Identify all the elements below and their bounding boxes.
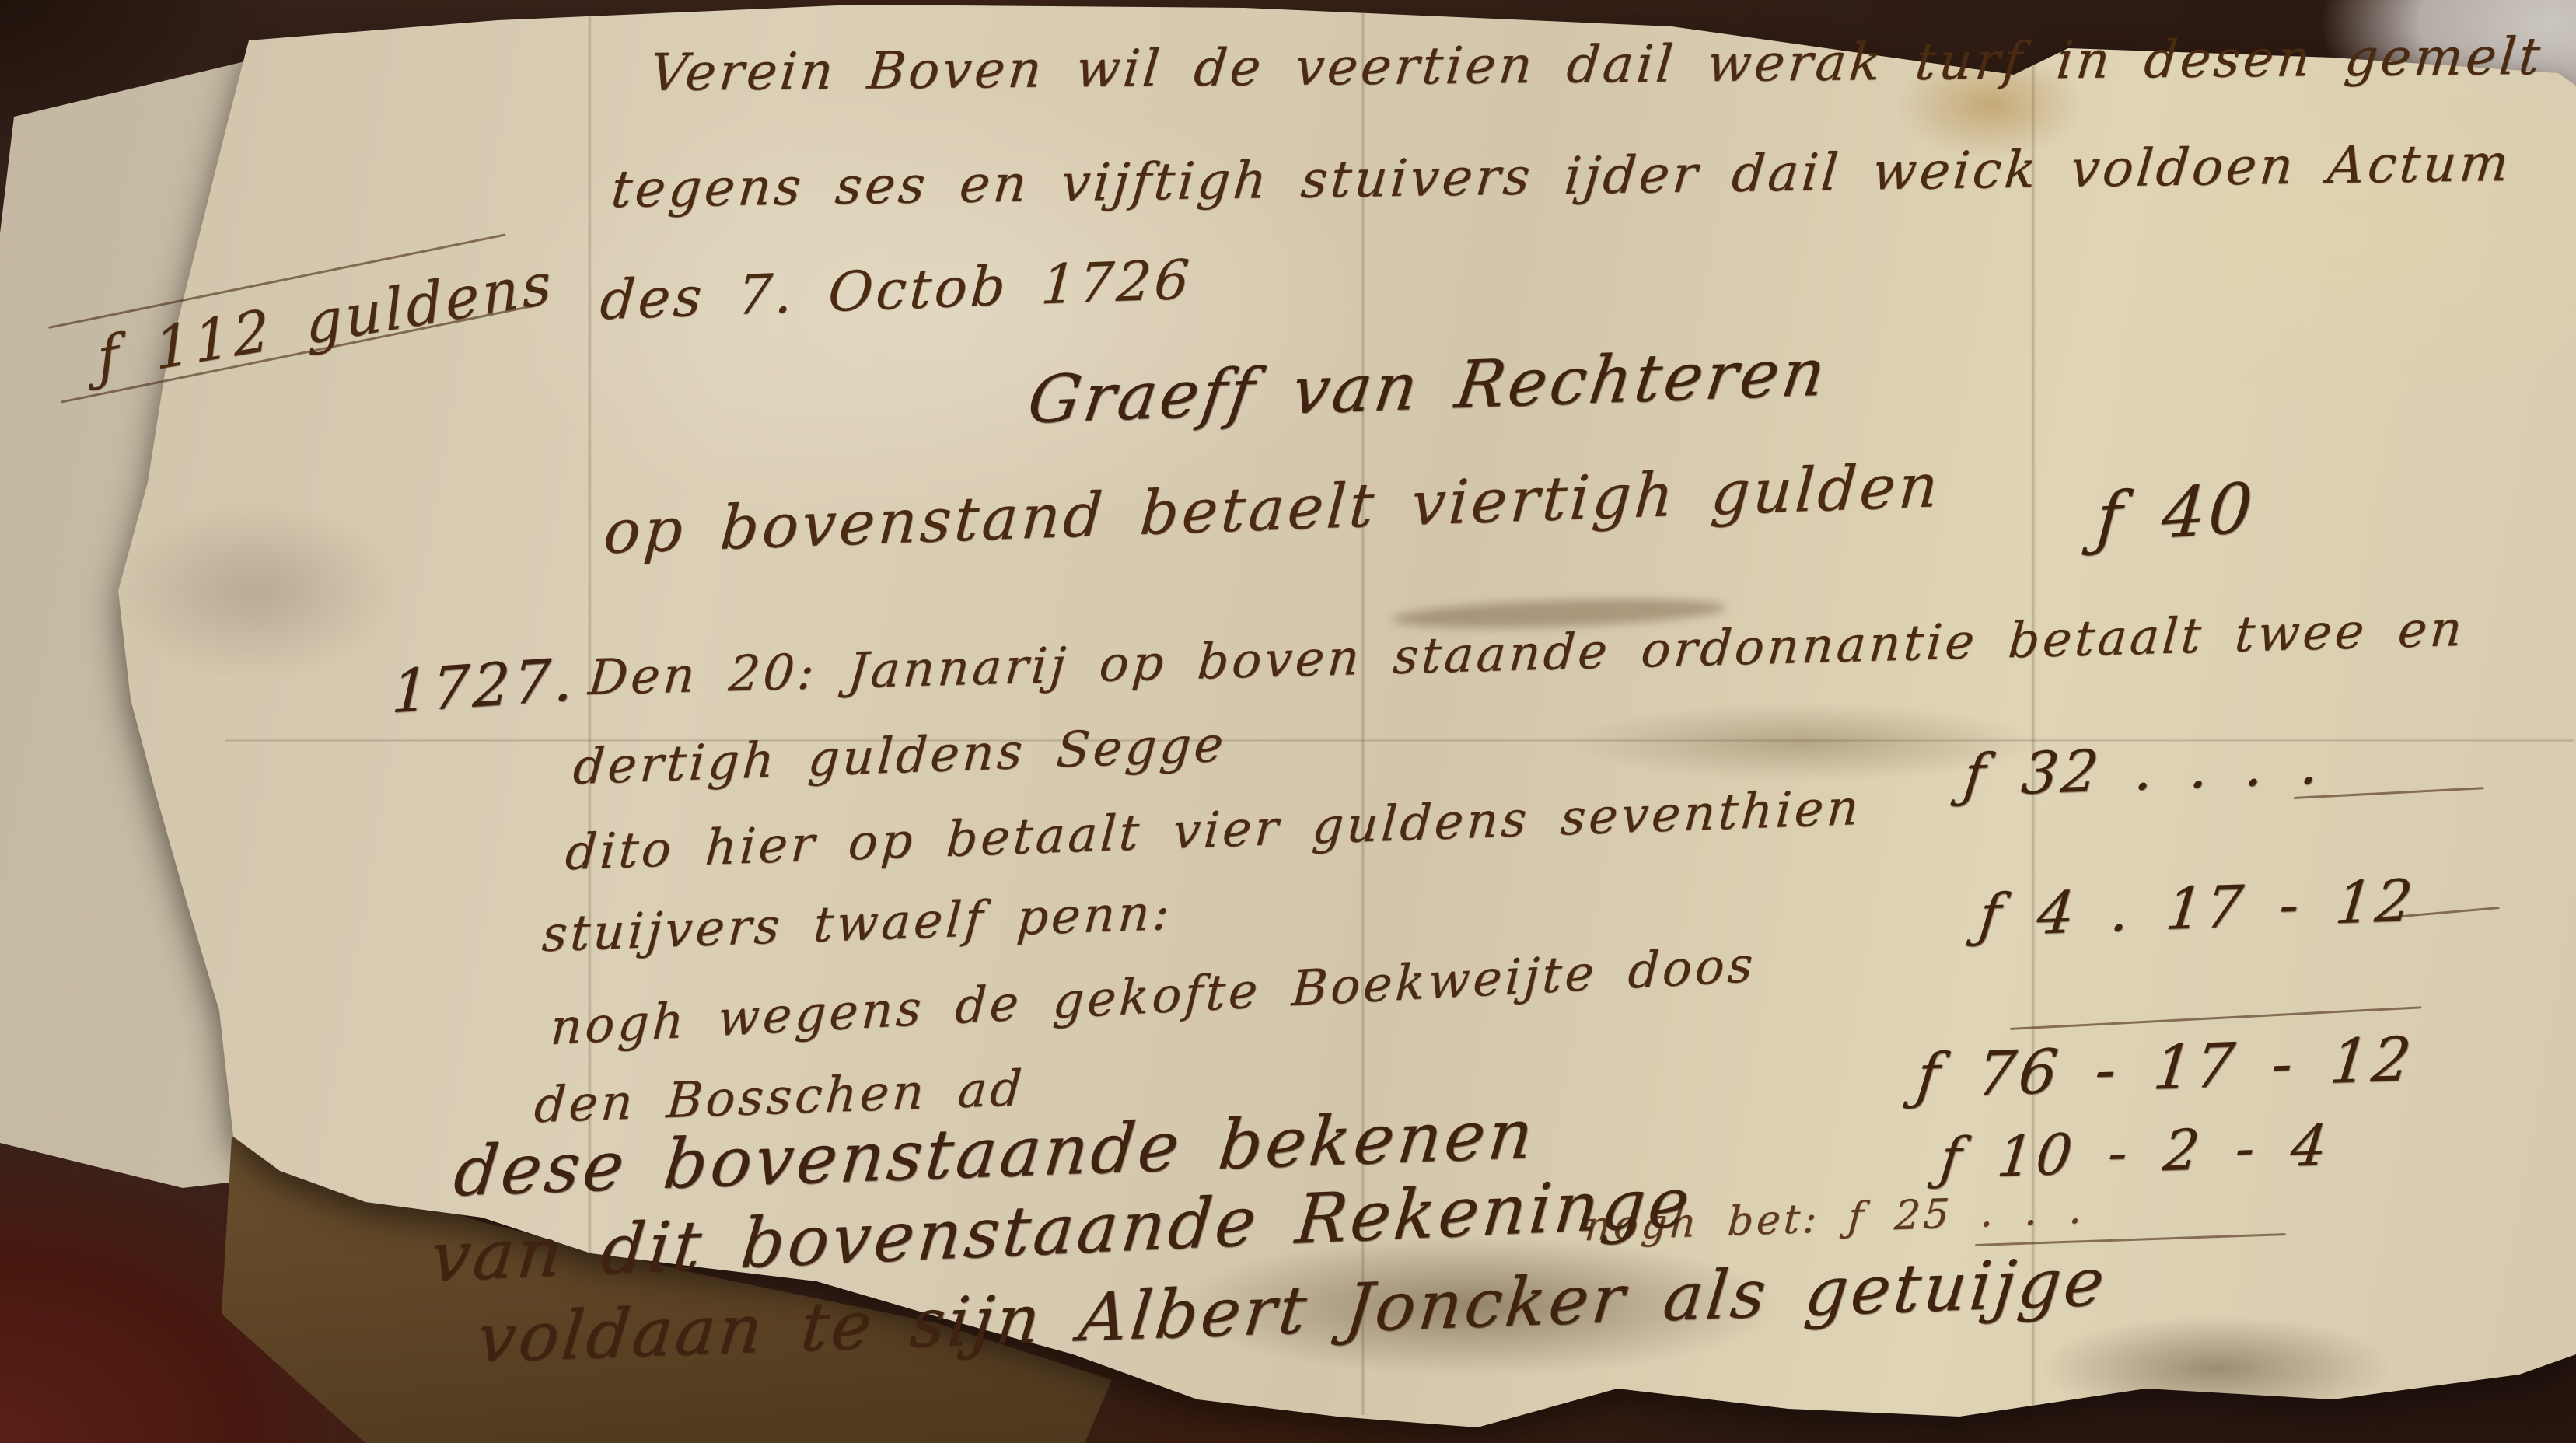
- payment-1726-amount: ƒ 40: [2094, 467, 2258, 559]
- payment4-amount: ƒ 10 - 2 - 4: [1937, 1113, 2333, 1192]
- photograph-of-receipt: Verein Boven wil de veertien dail werak …: [0, 0, 2576, 1443]
- payment1-amount: ƒ 32 . . . .: [1960, 730, 2326, 809]
- entry-year-1727: 1727.: [390, 644, 577, 726]
- fold-crease-left: [588, 16, 592, 1260]
